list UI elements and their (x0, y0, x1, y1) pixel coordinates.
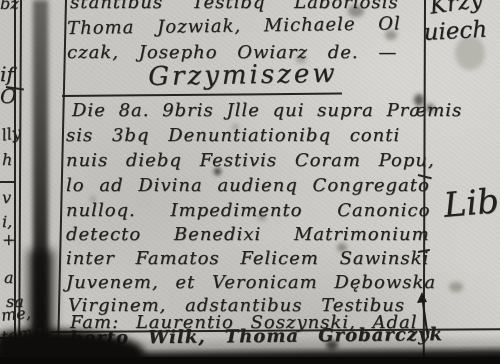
manuscript-line: nulloq. Impedimento Canonico (66, 200, 430, 221)
manuscript-line: Thoma Jozwiak, Michaele Ol (67, 13, 401, 39)
margin-fragment: i, (2, 212, 12, 231)
margin-fragment: me, (0, 303, 32, 325)
manuscript-line: nuis diebq Festivis Coram Popu, (66, 150, 435, 171)
margin-fragment: + (2, 230, 15, 249)
manuscript-line: Juvenem, et Veronicam Dębowska (66, 272, 436, 293)
manuscript-scan: stantibus Testibq Laboriosis Thoma Jozwi… (0, 0, 500, 364)
heading-underline (62, 93, 342, 97)
manuscript-line: detecto Benedixi Matrimonium (66, 224, 430, 245)
scan-edge-black (0, 357, 500, 364)
margin-fragment: bz (0, 0, 19, 13)
margin-fragment: lly (0, 123, 22, 145)
margin-fragment: uiech (423, 17, 488, 46)
manuscript-line: stantibus Testibq Laboriosis (70, 0, 399, 13)
manuscript-line: sis 3bq Denuntiationibq conti (66, 125, 400, 146)
manuscript-line: Die 8a. 9bris Jlle qui supra Præmis (72, 100, 462, 121)
margin-fragment: v (2, 188, 11, 207)
margin-fragment: a (4, 268, 14, 287)
manuscript-line: inter Famatos Felicem Sawinski (66, 248, 429, 269)
entry-heading-place-name: Grzymiszew (148, 59, 338, 92)
margin-fragment: if (0, 62, 14, 86)
ink-stain (449, 282, 463, 292)
margin-fragment: Lib (442, 181, 500, 226)
margin-tick (0, 181, 16, 183)
margin-fragment: h (2, 150, 12, 169)
manuscript-line: lo ad Divina audienq Congregato (66, 175, 430, 196)
margin-fragment: O (0, 84, 16, 108)
